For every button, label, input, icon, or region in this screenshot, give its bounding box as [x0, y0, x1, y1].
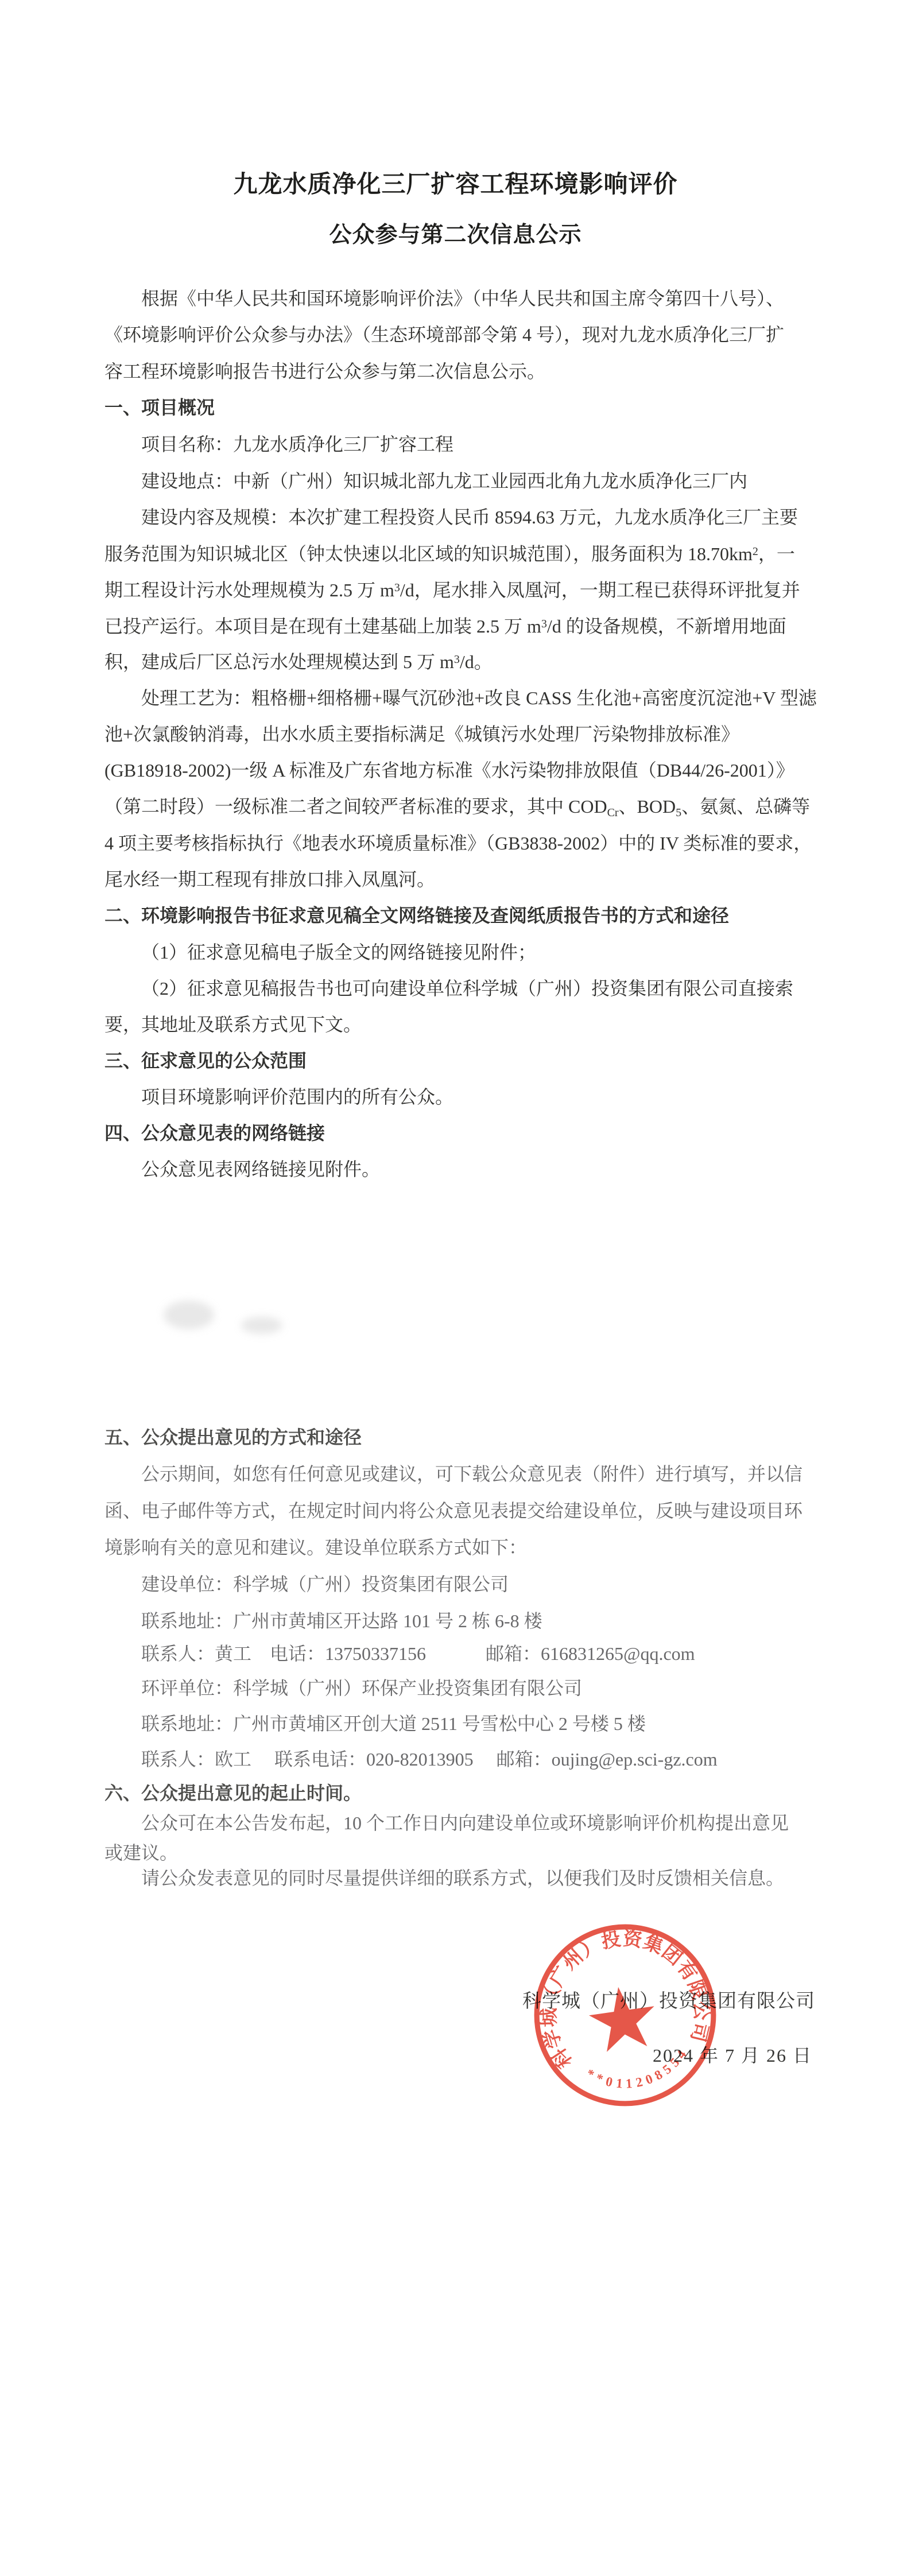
text-line: 公示期间，如您有任何意见或建议，可下载公众意见表（附件）进行填写，并以信 — [104, 1462, 910, 1485]
text-line: 境影响有关的意见和建议。建设单位联系方式如下： — [104, 1536, 874, 1559]
text-line: 公众意见表网络链接见附件。 — [104, 1158, 910, 1181]
text-line: 根据《中华人民共和国环境影响评价法》（中华人民共和国主席令第四十八号）、 — [104, 287, 910, 310]
text-line: 尾水经一期工程现有排放口排入凤凰河。 — [104, 868, 874, 891]
text-line: 联系地址：广州市黄埔区开达路 101 号 2 栋 6-8 楼 — [104, 1609, 910, 1632]
text-line: 积，建成后厂区总污水处理规模达到 5 万 m3/d。 — [104, 650, 874, 673]
star-icon — [586, 1983, 660, 2054]
text-line: （第二时段）一级标准二者之间较严者标准的要求，其中 CODCr、BOD5、氨氮、… — [104, 795, 874, 818]
text-line: 建设单位：科学城（广州）投资集团有限公司 — [104, 1573, 910, 1596]
text-line: (GB18918-2002)一级 A 标准及广东省地方标准《水污染物排放限值（D… — [104, 759, 874, 782]
text-line: 联系人：黄工 电话：13750337156 邮箱：616831265@qq.co… — [104, 1642, 910, 1665]
document-title: 九龙水质净化三厂扩容工程环境影响评价 — [0, 165, 911, 200]
text-line: 项目环境影响评价范围内的所有公众。 — [104, 1085, 910, 1108]
text-line: 联系人：欧工 联系电话：020-82013905 邮箱：oujing@ep.sc… — [104, 1748, 910, 1771]
text-line: 建设内容及规模：本次扩建工程投资人民币 8594.63 万元，九龙水质净化三厂主… — [104, 506, 910, 529]
text-line: 公众可在本公告发布起，10 个工作日内向建设单位或环境影响评价机构提出意见 — [104, 1811, 910, 1834]
document-subtitle: 公众参与第二次信息公示 — [0, 217, 911, 249]
section-heading: 三、征求意见的公众范围 — [104, 1049, 874, 1072]
text-line: 处理工艺为：粗格栅+细格栅+曝气沉砂池+改良 CASS 生化池+高密度沉淀池+V… — [104, 686, 910, 709]
scan-smudge — [241, 1317, 282, 1334]
text-line: 已投产运行。本项目是在现有土建基础上加装 2.5 万 m3/d 的设备规模，不新… — [104, 615, 874, 638]
section-heading: 一、项目概况 — [104, 396, 874, 419]
section-heading: 四、公众意见表的网络链接 — [104, 1122, 874, 1145]
text-line: 服务范围为知识城北区（钟太快速以北区域的知识城范围），服务面积为 18.70km… — [104, 542, 874, 565]
text-line: 4 项主要考核指标执行《地表水环境质量标准》（GB3838-2002）中的 IV… — [104, 832, 874, 855]
section-heading: 二、环境影响报告书征求意见稿全文网络链接及查阅纸质报告书的方式和途径 — [104, 904, 874, 927]
text-line: 要，其地址及联系方式见下文。 — [104, 1013, 874, 1036]
text-line: 容工程环境影响报告书进行公众参与第二次信息公示。 — [104, 360, 874, 383]
text-line: 函、电子邮件等方式，在规定时间内将公众意见表提交给建设单位，反映与建设项目环 — [104, 1499, 874, 1522]
text-line: 池+次氯酸钠消毒，出水水质主要指标满足《城镇污水处理厂污染物排放标准》 — [104, 723, 874, 746]
company-seal-stamp: 科学城（广州）投资集团有限公司 **01120855458 — [527, 1916, 723, 2117]
text-line: 请公众发表意见的同时尽量提供详细的联系方式，以便我们及时反馈相关信息。 — [104, 1867, 910, 1890]
text-line: 项目名称：九龙水质净化三厂扩容工程 — [104, 433, 910, 456]
text-line: 期工程设计污水处理规模为 2.5 万 m3/d，尾水排入凤凰河，一期工程已获得环… — [104, 579, 874, 602]
section-heading: 五、公众提出意见的方式和途径 — [104, 1426, 874, 1449]
text-line: （1）征求意见稿电子版全文的网络链接见附件； — [104, 941, 910, 964]
text-line: （2）征求意见稿报告书也可向建设单位科学城（广州）投资集团有限公司直接索 — [104, 977, 910, 1000]
text-line: 《环境影响评价公众参与办法》（生态环境部部令第 4 号），现对九龙水质净化三厂扩 — [104, 323, 874, 346]
scan-smudge — [164, 1301, 214, 1329]
document-page: 九龙水质净化三厂扩容工程环境影响评价 公众参与第二次信息公示 根据《中华人民共和… — [0, 0, 911, 2576]
section-heading: 六、公众提出意见的起止时间。 — [104, 1782, 874, 1805]
text-line: 环评单位：科学城（广州）环保产业投资集团有限公司 — [104, 1677, 910, 1700]
seal-company-arc-text: 科学城（广州）投资集团有限公司 — [527, 1917, 718, 2074]
text-line: 建设地点：中新（广州）知识城北部九龙工业园西北角九龙水质净化三厂内 — [104, 470, 910, 492]
text-line: 或建议。 — [104, 1841, 874, 1864]
text-line: 联系地址：广州市黄埔区开创大道 2511 号雪松中心 2 号楼 5 楼 — [104, 1712, 910, 1735]
